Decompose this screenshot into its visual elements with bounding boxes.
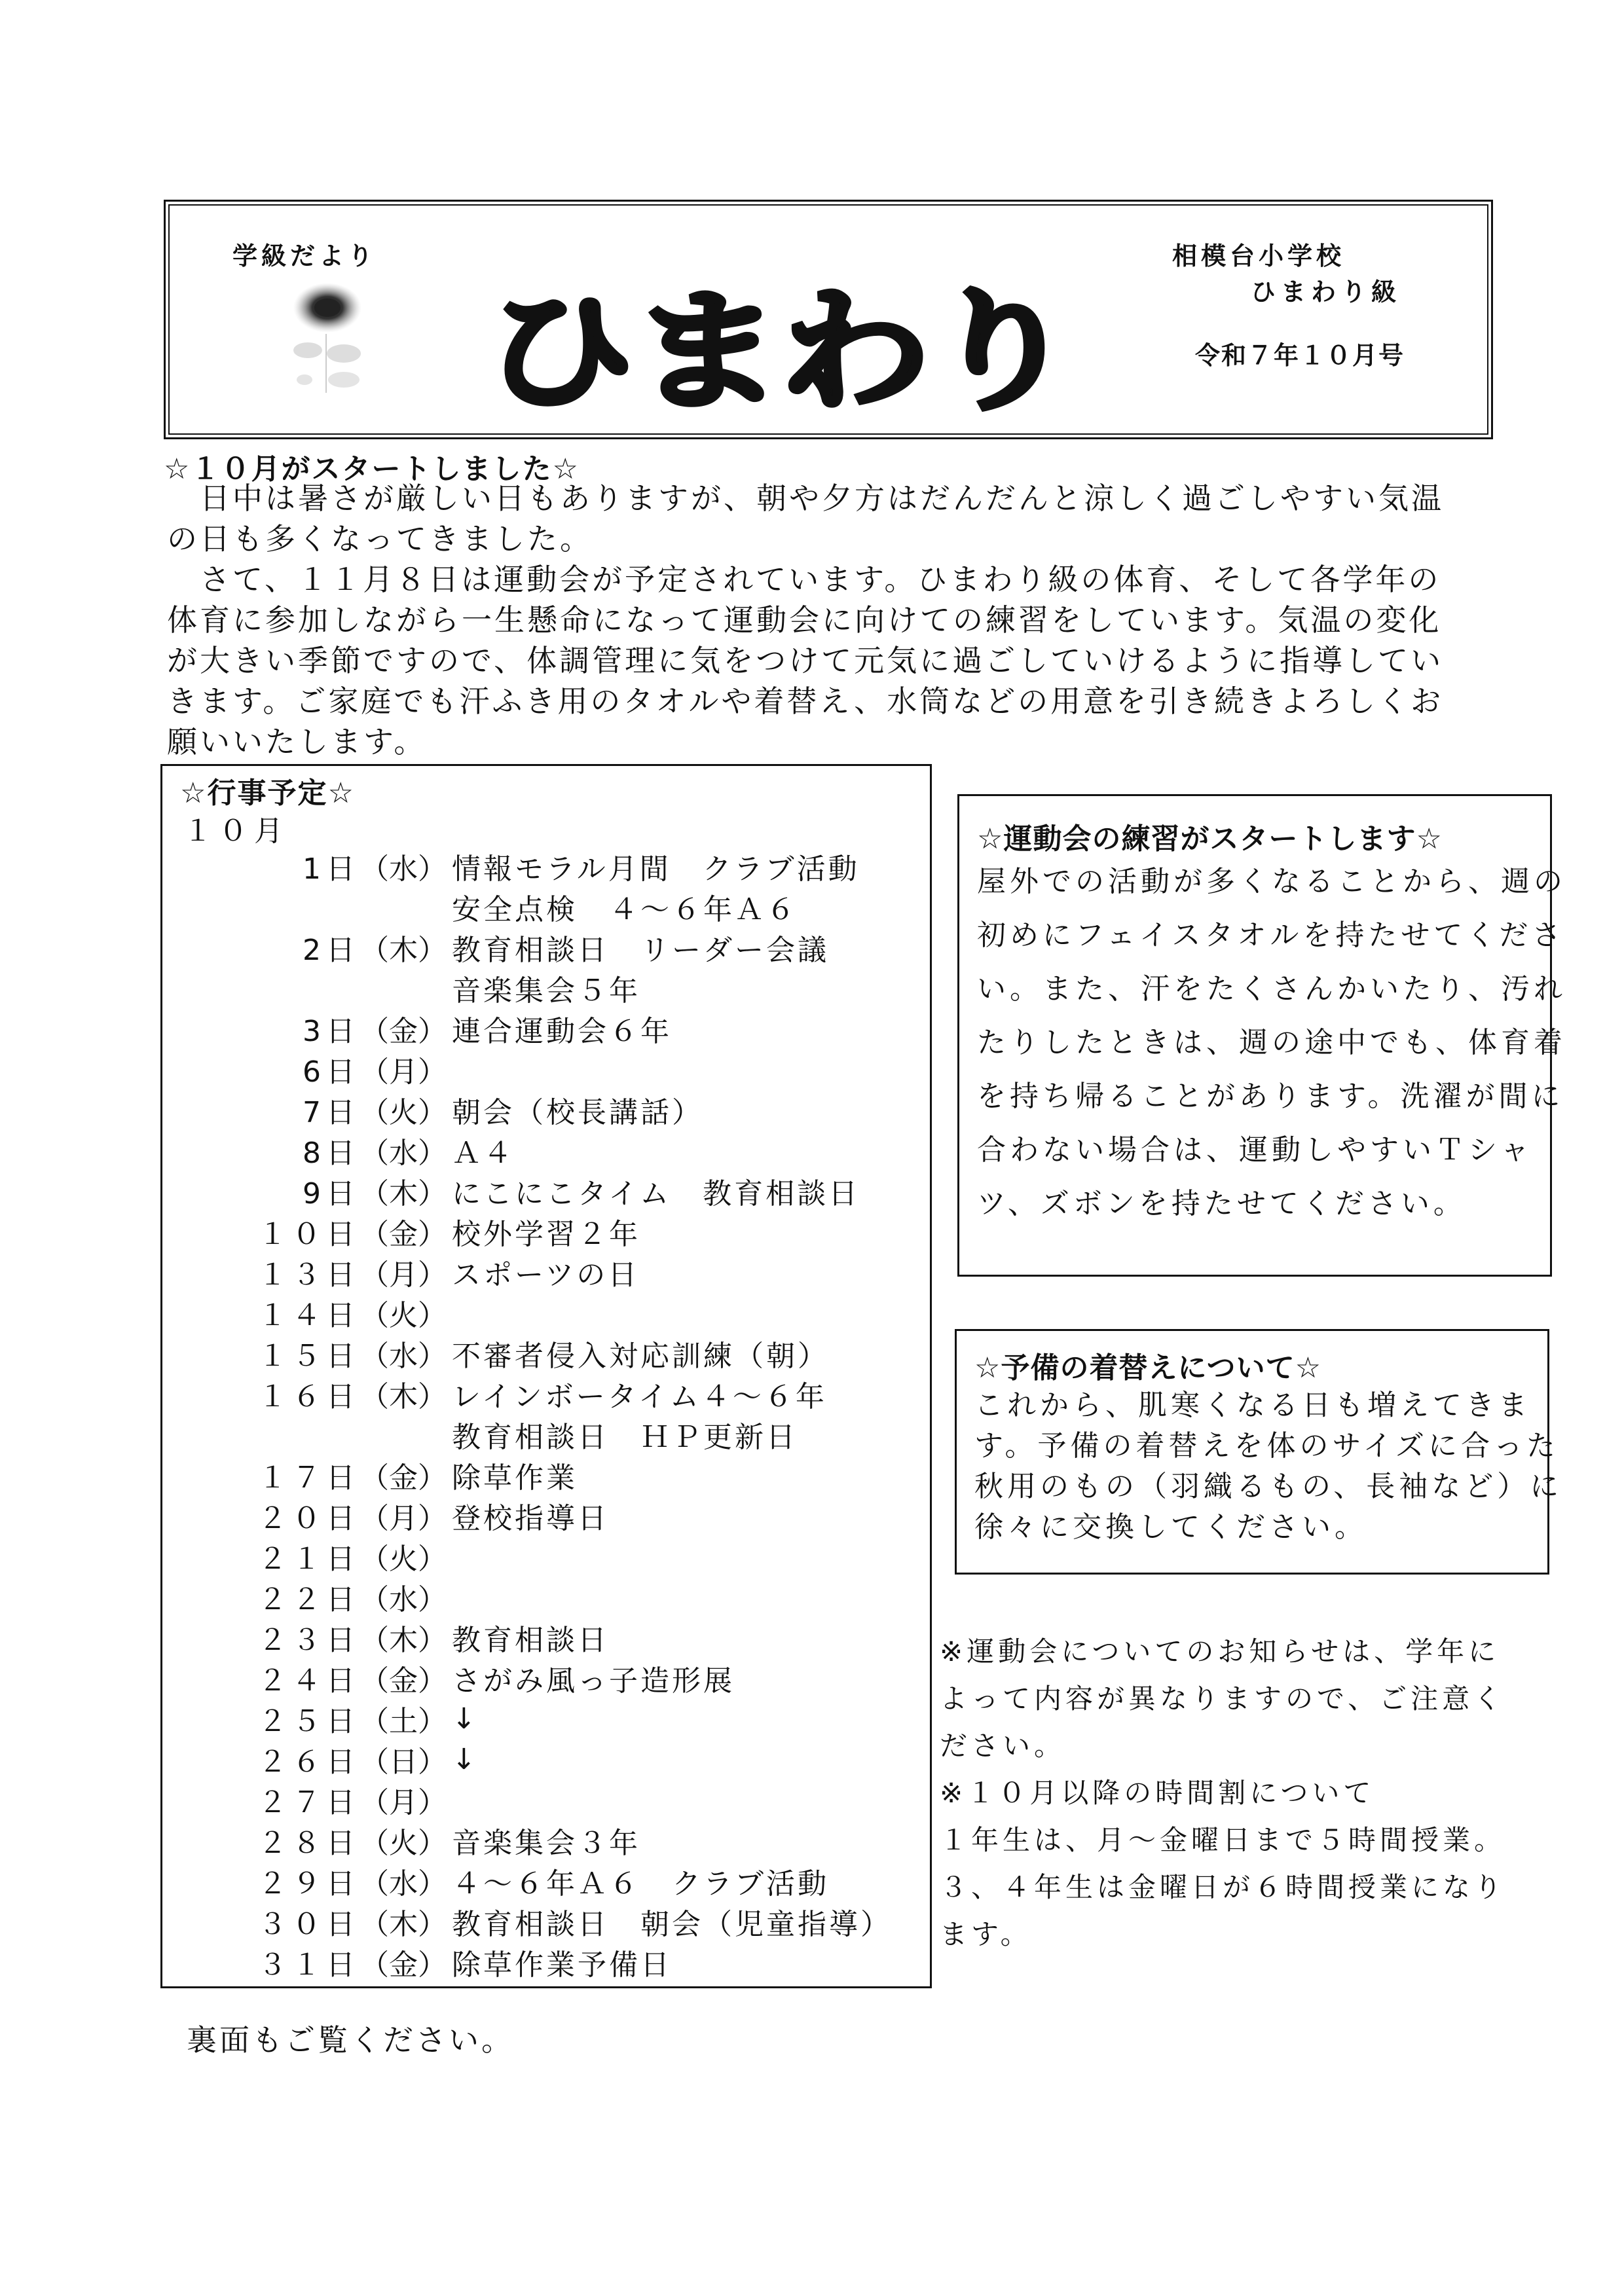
- note-line: よって内容が異なりますので、ご注意く: [940, 1677, 1505, 1724]
- schedule-weekday: （水）: [360, 1332, 445, 1374]
- schedule-weekday: （月）: [360, 1048, 445, 1090]
- schedule-event: 教育相談日 リーダー会議: [445, 926, 829, 968]
- schedule-weekday: （火）: [360, 1089, 445, 1131]
- schedule-weekday: （火）: [360, 1535, 445, 1577]
- schedule-day: 2日: [164, 926, 360, 968]
- schedule-event: 不審者侵入対応訓練（朝）: [445, 1332, 829, 1374]
- schedule-day: １５日: [164, 1332, 360, 1374]
- sports-practice-text: 屋外での活動が多くなることから、週の 初めにフェイスタオルを持たせてくださ い。…: [977, 858, 1566, 1233]
- schedule-row: １４日（火）: [164, 1292, 923, 1333]
- text-line: 徐々に交換してください。: [974, 1503, 1562, 1544]
- schedule-weekday: （木）: [360, 1901, 445, 1942]
- note-line: ※運動会についてのお知らせは、学年に: [940, 1630, 1505, 1677]
- schedule-event: 安全点検 ４～６年Ａ６: [445, 886, 798, 928]
- schedule-row: ２９日（水）４～６年Ａ６ クラブ活動: [164, 1861, 923, 1901]
- newsletter-label: 学級だより: [232, 236, 377, 272]
- note-line: ます。: [940, 1913, 1505, 1960]
- schedule-row: ３１日（金）除草作業予備日: [164, 1942, 923, 1982]
- schedule-row: ２８日（火）音楽集会３年: [164, 1820, 923, 1861]
- schedule-event: ４～６年Ａ６ クラブ活動: [445, 1860, 829, 1902]
- schedule-day: ２１日: [164, 1535, 360, 1577]
- schedule-event: 校外学習２年: [445, 1211, 640, 1252]
- schedule-day: ３１日: [164, 1941, 360, 1983]
- spare-clothes-heading: ☆予備の着替えについて☆: [974, 1344, 1321, 1386]
- schedule-weekday: （月）: [360, 1779, 445, 1821]
- schedule-row: １３日（月）スポーツの日: [164, 1252, 923, 1292]
- schedule-weekday: （月）: [360, 1251, 445, 1293]
- text-line: たりしたときは、週の途中でも、体育着: [977, 1019, 1566, 1072]
- schedule-day: １４日: [164, 1292, 360, 1334]
- schedule-weekday: （木）: [360, 1616, 445, 1658]
- schedule-day: 6日: [164, 1048, 360, 1090]
- schedule-day: 1日: [164, 845, 360, 887]
- schedule-row: ２３日（木）教育相談日: [164, 1617, 923, 1658]
- schedule-row: ２０日（月）登校指導日: [164, 1495, 923, 1536]
- schedule-day: ２８日: [164, 1819, 360, 1861]
- notes-section: ※運動会についてのお知らせは、学年に よって内容が異なりますので、ご注意く ださ…: [940, 1630, 1505, 1960]
- text-line: 初めにフェイスタオルを持たせてくださ: [977, 911, 1566, 965]
- intro-line: 体育に参加しながら一生懸命になって運動会に向けての練習をしています。気温の変化: [167, 600, 1444, 640]
- schedule-event: 登校指導日: [445, 1495, 609, 1537]
- schedule-weekday: （土）: [360, 1698, 445, 1740]
- schedule-event: 音楽集会５年: [445, 967, 640, 1009]
- see-reverse-note: 裏面もご覧ください。: [187, 2016, 514, 2060]
- schedule-row: 音楽集会５年: [164, 968, 923, 1008]
- schedule-event: 連合運動会６年: [445, 1008, 672, 1049]
- schedule-weekday: （金）: [360, 1454, 445, 1496]
- schedule-day: 9日: [164, 1170, 360, 1212]
- schedule-month: １０月: [183, 807, 289, 849]
- schedule-day: １６日: [164, 1373, 360, 1415]
- schedule-day: ２５日: [164, 1698, 360, 1740]
- schedule-row: 8日（水）Ａ４: [164, 1130, 923, 1171]
- schedule-event: 除草作業: [445, 1454, 578, 1496]
- text-line: を持ち帰ることがあります。洗濯が間に: [977, 1072, 1566, 1126]
- schedule-list: 1日（水）情報モラル月間 クラブ活動 安全点検 ４～６年Ａ６ 2日（木）教育相談…: [164, 846, 923, 1982]
- schedule-day: １０日: [164, 1211, 360, 1252]
- schedule-event: 教育相談日 朝会（児童指導）: [445, 1901, 892, 1942]
- schedule-weekday: （火）: [360, 1819, 445, 1861]
- schedule-row: １５日（水）不審者侵入対応訓練（朝）: [164, 1333, 923, 1374]
- intro-line: 日中は暑さが厳しい日もありますが、朝や夕方はだんだんと涼しく過ごしやすい気温: [167, 478, 1444, 519]
- schedule-day: 8日: [164, 1129, 360, 1171]
- schedule-row: ２７日（月）: [164, 1779, 923, 1820]
- intro-line: きます。ご家庭でも汗ふき用のタオルや着替え、水筒などの用意を引き続きよろしくお: [167, 681, 1444, 721]
- note-line: ３、４年生は金曜日が６時間授業になり: [940, 1866, 1505, 1913]
- schedule-event: 教育相談日: [445, 1616, 609, 1658]
- text-line: す。予備の着替えを体のサイズに合った: [974, 1422, 1562, 1463]
- schedule-day: 7日: [164, 1089, 360, 1131]
- note-line: ※１０月以降の時間割について: [940, 1772, 1505, 1819]
- schedule-event: 教育相談日 ＨＰ更新日: [445, 1413, 798, 1455]
- schedule-row: １７日（金）除草作業: [164, 1455, 923, 1495]
- note-line: ださい。: [940, 1724, 1505, 1772]
- schedule-event: 情報モラル月間 クラブ活動: [445, 845, 860, 887]
- schedule-event: さがみ風っ子造形展: [445, 1657, 735, 1699]
- sunflower-icon: [288, 282, 367, 399]
- class-name: ひまわり級: [1251, 272, 1401, 308]
- schedule-weekday: （月）: [360, 1495, 445, 1537]
- schedule-weekday: （水）: [360, 1576, 445, 1618]
- schedule-day: ２０日: [164, 1495, 360, 1537]
- schedule-weekday: （金）: [360, 1657, 445, 1699]
- schedule-row: ２１日（火）: [164, 1536, 923, 1576]
- newsletter-title: ひまわり: [485, 287, 1075, 418]
- schedule-weekday: （水）: [360, 1129, 445, 1171]
- schedule-row: 6日（月）: [164, 1049, 923, 1089]
- text-line: 合わない場合は、運動しやすいＴシャ: [977, 1126, 1566, 1180]
- schedule-event: スポーツの日: [445, 1251, 639, 1293]
- schedule-row: 教育相談日 ＨＰ更新日: [164, 1414, 923, 1455]
- schedule-event: 朝会（校長講話）: [445, 1089, 703, 1131]
- schedule-event: レインボータイム４～６年: [445, 1373, 827, 1415]
- schedule-weekday: （金）: [360, 1008, 445, 1049]
- school-name: 相模台小学校: [1172, 236, 1345, 272]
- schedule-day: １７日: [164, 1454, 360, 1496]
- schedule-day: ２４日: [164, 1657, 360, 1699]
- schedule-weekday: （水）: [360, 845, 445, 887]
- text-line: 屋外での活動が多くなることから、週の: [977, 858, 1566, 911]
- schedule-row: 3日（金）連合運動会６年: [164, 1008, 923, 1049]
- schedule-day: 3日: [164, 1008, 360, 1049]
- text-line: これから、肌寒くなる日も増えてきま: [974, 1381, 1562, 1422]
- schedule-day: ２９日: [164, 1860, 360, 1902]
- intro-paragraph: 日中は暑さが厳しい日もありますが、朝や夕方はだんだんと涼しく過ごしやすい気温 の…: [167, 478, 1444, 762]
- schedule-weekday: （水）: [360, 1860, 445, 1902]
- intro-line: が大きい季節ですので、体調管理に気をつけて元気に過ごしていけるように指導してい: [167, 640, 1444, 681]
- note-line: １年生は、月～金曜日まで５時間授業。: [940, 1819, 1505, 1866]
- schedule-row: ２６日（日）↓: [164, 1739, 923, 1779]
- intro-line: の日も多くなってきました。: [167, 519, 1444, 559]
- intro-line: さて、１１月８日は運動会が予定されています。ひまわり級の体育、そして各学年の: [167, 559, 1444, 600]
- schedule-heading: ☆行事予定☆: [180, 769, 355, 811]
- schedule-weekday: （木）: [360, 1170, 445, 1212]
- schedule-weekday: （金）: [360, 1211, 445, 1252]
- schedule-row: 7日（火）朝会（校長講話）: [164, 1089, 923, 1130]
- schedule-row: １０日（金）校外学習２年: [164, 1211, 923, 1252]
- schedule-row: ２４日（金）さがみ風っ子造形展: [164, 1658, 923, 1698]
- schedule-event: 音楽集会３年: [445, 1819, 640, 1861]
- schedule-weekday: （金）: [360, 1941, 445, 1983]
- schedule-event: にこにこタイム 教育相談日: [445, 1170, 860, 1212]
- schedule-row: 9日（木）にこにこタイム 教育相談日: [164, 1171, 923, 1211]
- intro-line: 願いいたします。: [167, 721, 1444, 762]
- schedule-row: 1日（水）情報モラル月間 クラブ活動: [164, 846, 923, 886]
- schedule-day: ３０日: [164, 1901, 360, 1942]
- schedule-day: １３日: [164, 1251, 360, 1293]
- schedule-day: ２７日: [164, 1779, 360, 1821]
- schedule-day: ２３日: [164, 1616, 360, 1658]
- schedule-event: Ａ４: [445, 1129, 515, 1171]
- text-line: い。また、汗をたくさんかいたり、汚れ: [977, 965, 1566, 1019]
- schedule-row: 安全点検 ４～６年Ａ６: [164, 886, 923, 927]
- schedule-day: ２６日: [164, 1738, 360, 1780]
- schedule-weekday: （木）: [360, 926, 445, 968]
- schedule-weekday: （日）: [360, 1738, 445, 1780]
- schedule-weekday: （木）: [360, 1373, 445, 1415]
- schedule-weekday: （火）: [360, 1292, 445, 1334]
- down-arrow-icon: ↓: [445, 1702, 479, 1736]
- text-line: 秋用のもの（羽織るもの、長袖など）に: [974, 1463, 1562, 1503]
- sports-practice-heading: ☆運動会の練習がスタートします☆: [977, 815, 1443, 857]
- issue-date: 令和７年１０月号: [1195, 335, 1405, 371]
- schedule-row: ３０日（木）教育相談日 朝会（児童指導）: [164, 1901, 923, 1942]
- schedule-event: 除草作業予備日: [445, 1941, 672, 1983]
- text-line: ツ、ズボンを持たせてください。: [977, 1180, 1566, 1233]
- spare-clothes-text: これから、肌寒くなる日も増えてきま す。予備の着替えを体のサイズに合った 秋用の…: [974, 1381, 1562, 1544]
- schedule-row: ２２日（水）: [164, 1576, 923, 1617]
- down-arrow-icon: ↓: [445, 1743, 479, 1776]
- schedule-row: 2日（木）教育相談日 リーダー会議: [164, 927, 923, 968]
- schedule-day: ２２日: [164, 1576, 360, 1618]
- schedule-row: １６日（木）レインボータイム４～６年: [164, 1374, 923, 1414]
- schedule-row: ２５日（土）↓: [164, 1698, 923, 1739]
